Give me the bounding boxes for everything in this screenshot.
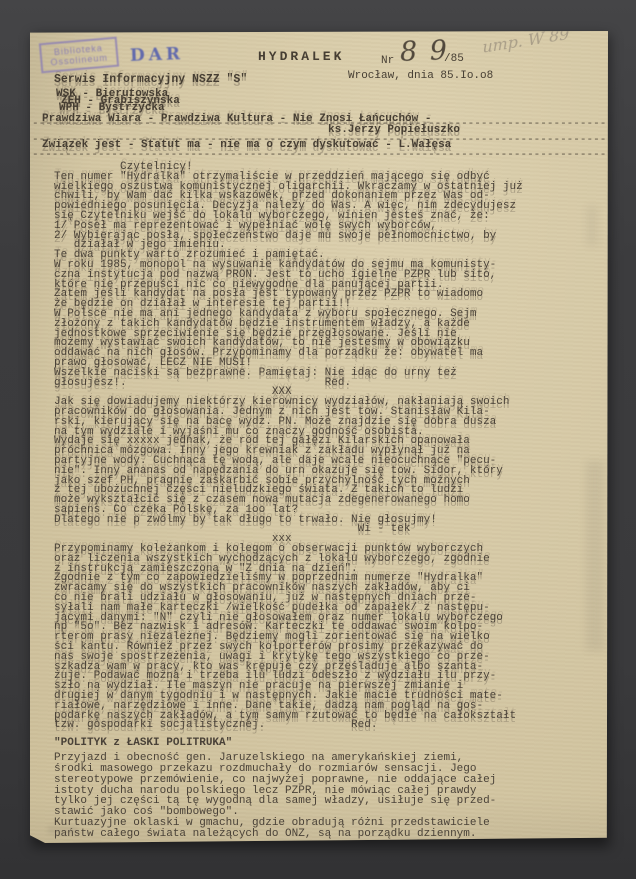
handwritten-issue-number: 8 9	[399, 35, 449, 68]
article-body: Czytelnicy! Ten numer "Hydralka" otrzyma…	[54, 163, 602, 840]
ink-bleed-smudge	[586, 206, 598, 246]
place-and-date: Wrocław, dnia 85.Io.o8	[348, 70, 493, 82]
section-czytelnicy: Czytelnicy! Ten numer "Hydralka" otrzyma…	[54, 163, 602, 398]
library-stamp: Biblioteka Ossolineum	[39, 37, 119, 74]
motto-block: ----------------------------------------…	[30, 113, 608, 159]
ink-bleed-smudge	[586, 461, 604, 651]
pencil-smudge	[48, 826, 78, 834]
pencil-annotation: ump. W 89	[482, 24, 569, 57]
issue-number-prefix: Nr	[381, 55, 394, 67]
service-line: Serwis Informacyjny NSZZ "S"	[54, 73, 247, 86]
section-polityk: Przyjazd i obecność gen. Jaruzelskiego n…	[54, 753, 602, 839]
document-page: Biblioteka Ossolineum DAR ump. W 89 8 9 …	[30, 31, 608, 843]
dashed-rule: ----------------------------------------…	[32, 149, 606, 161]
accession-stamp: DAR	[130, 44, 185, 66]
section-obserwacja-wyborow: Przypominamy koleżankom i kolegom o obse…	[54, 545, 602, 731]
section-polityk-heading: "POLITYK z ŁASKI POLITRUKA"	[54, 737, 602, 749]
issue-number-suffix: /85	[444, 53, 464, 65]
photo-backdrop: Biblioteka Ossolineum DAR ump. W 89 8 9 …	[0, 0, 636, 879]
masthead-title: HYDRALEK	[258, 49, 344, 64]
section-kierownicy: Jak się dowiadujemy niektórzy kierownicy…	[54, 398, 602, 545]
